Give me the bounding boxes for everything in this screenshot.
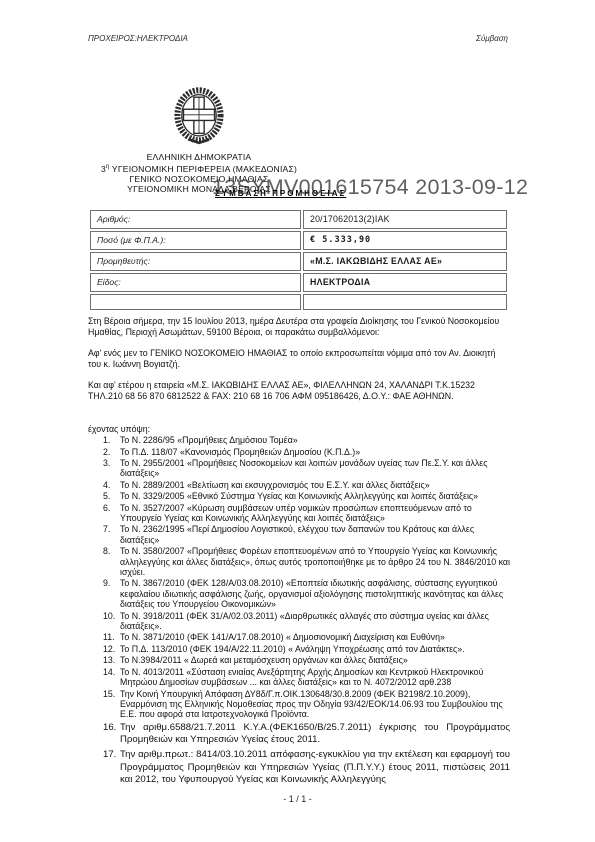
list-item: Το Ν. 3871/2010 (ΦΕΚ 141/Α/17.08.2010) «…: [103, 632, 510, 642]
letterhead-line-republic: ΕΛΛΗΝΙΚΗ ΔΗΜΟΚΡΑΤΙΑ: [85, 152, 313, 162]
row-label: Προμηθευτής:: [90, 252, 301, 271]
header-right-label: Σύμβαση: [476, 34, 508, 43]
list-item: Το Ν. 2955/2001 «Προμήθειες Νοσοκομείων …: [103, 458, 510, 479]
document-page: ΠΡΟΧΕΙΡΟΣ:ΗΛΕΚΤΡΟΔΙΑ Σύμβαση ΕΛΛΗΝΙΚΗ ΔΗ…: [0, 0, 595, 842]
letterhead-line-region: 3η ΥΓΕΙΟΝΟΜΙΚΗ ΠΕΡΙΦΕΡΕΙΑ (ΜΑΚΕΔΟΝΙΑΣ): [85, 162, 313, 174]
list-item: Το Ν. 4013/2011 «Σύσταση ενιαίας Ανεξάρτ…: [103, 667, 510, 688]
document-body: Στη Βέροια σήμερα, την 15 Ιουλίου 2013, …: [88, 316, 510, 788]
table-row: Προμηθευτής:«Μ.Σ. ΙΑΚΩΒΙΔΗΣ ΕΛΛΑΣ ΑΕ»: [90, 252, 507, 271]
running-header: ΠΡΟΧΕΙΡΟΣ:ΗΛΕΚΤΡΟΔΙΑ Σύμβαση: [88, 34, 508, 43]
row-value: «Μ.Σ. ΙΑΚΩΒΙΔΗΣ ΕΛΛΑΣ ΑΕ»: [303, 252, 507, 271]
row-value: € 5.333,90: [303, 231, 507, 250]
table-row: Είδος:ΗΛΕΚΤΡΟΔΙΑ: [90, 273, 507, 292]
list-item: Το Ν.3984/2011 « Δωρεά και μεταμόσχευση …: [103, 655, 510, 665]
list-item: Το Ν. 2286/95 «Προμήθειες Δημόσιου Τομέα…: [103, 435, 510, 445]
list-item: Την αριθμ.πρωτ.: 8414/03.10.2011 απόφαση…: [103, 749, 510, 787]
paragraph-first-party: Αφ' ενός μεν το ΓΕΝΙΚΟ ΝΟΣΟΚΟΜΕΙΟ ΗΜΑΘΙΑ…: [88, 348, 510, 369]
list-item: Την Κοινή Υπουργική Απόφαση ΔΥ8δ/Γ.π.ΟΙΚ…: [103, 689, 510, 720]
table-row: Ποσό (με Φ.Π.Α.):€ 5.333,90: [90, 231, 507, 250]
list-item: Την αριθμ.6588/21.7.2011 Κ.Υ.Α.(ΦΕΚ1650/…: [103, 722, 510, 747]
list-item: Το Π.Δ. 113/2010 (ΦΕΚ 194/Α/22.11.2010) …: [103, 644, 510, 654]
page-number: - 1 / 1 -: [0, 794, 595, 804]
row-label: [90, 294, 301, 310]
legal-list: Το Ν. 2286/95 «Προμήθειες Δημόσιου Τομέα…: [88, 435, 510, 787]
registry-code-watermark: 13SYMV001615754 2013-09-12: [212, 175, 528, 200]
header-left-label: ΠΡΟΧΕΙΡΟΣ:ΗΛΕΚΤΡΟΔΙΑ: [88, 34, 188, 43]
row-label: Ποσό (με Φ.Π.Α.):: [90, 231, 301, 250]
table-row: [90, 294, 507, 310]
list-item: Το Ν. 2362/1995 «Περί Δημοσίου Λογιστικο…: [103, 524, 510, 545]
list-item: Το Π.Δ. 118/07 «Κανονισμός Προμηθειών Δη…: [103, 447, 510, 457]
list-item: Το Ν. 3918/2011 (ΦΕΚ 31/Α/02.03.2011) «Δ…: [103, 611, 510, 632]
row-value: ΗΛΕΚΤΡΟΔΙΑ: [303, 273, 507, 292]
table-row: Αριθμός:20/17062013(2)ΙΑΚ: [90, 210, 507, 229]
list-item: Το Ν. 3527/2007 «Κύρωση συμβάσεων υπέρ ν…: [103, 503, 510, 524]
greek-emblem-icon: [173, 86, 225, 148]
row-value: [303, 294, 507, 310]
row-value: 20/17062013(2)ΙΑΚ: [303, 210, 507, 229]
list-item: Το Ν. 3867/2010 (ΦΕΚ 128/Α/03.08.2010) «…: [103, 578, 510, 609]
contract-table-body: Αριθμός:20/17062013(2)ΙΑΚΠοσό (με Φ.Π.Α.…: [90, 210, 507, 310]
paragraph-second-party: Και αφ' ετέρου η εταιρεία «Μ.Σ. ΙΑΚΩΒΙΔΗ…: [88, 380, 510, 401]
row-label: Είδος:: [90, 273, 301, 292]
contract-summary-table: Αριθμός:20/17062013(2)ΙΑΚΠοσό (με Φ.Π.Α.…: [88, 208, 509, 312]
row-label: Αριθμός:: [90, 210, 301, 229]
paragraph-intro: Στη Βέροια σήμερα, την 15 Ιουλίου 2013, …: [88, 316, 510, 337]
list-item: Το Ν. 3329/2005 «Εθνικό Σύστημα Υγείας κ…: [103, 491, 510, 501]
having-regard-line: έχοντας υπόψη:: [88, 424, 510, 435]
list-item: Το Ν. 3580/2007 «Προμήθειες Φορέων εποπτ…: [103, 546, 510, 577]
list-item: Το Ν. 2889/2001 «Βελτίωση και εκσυγχρονι…: [103, 480, 510, 490]
